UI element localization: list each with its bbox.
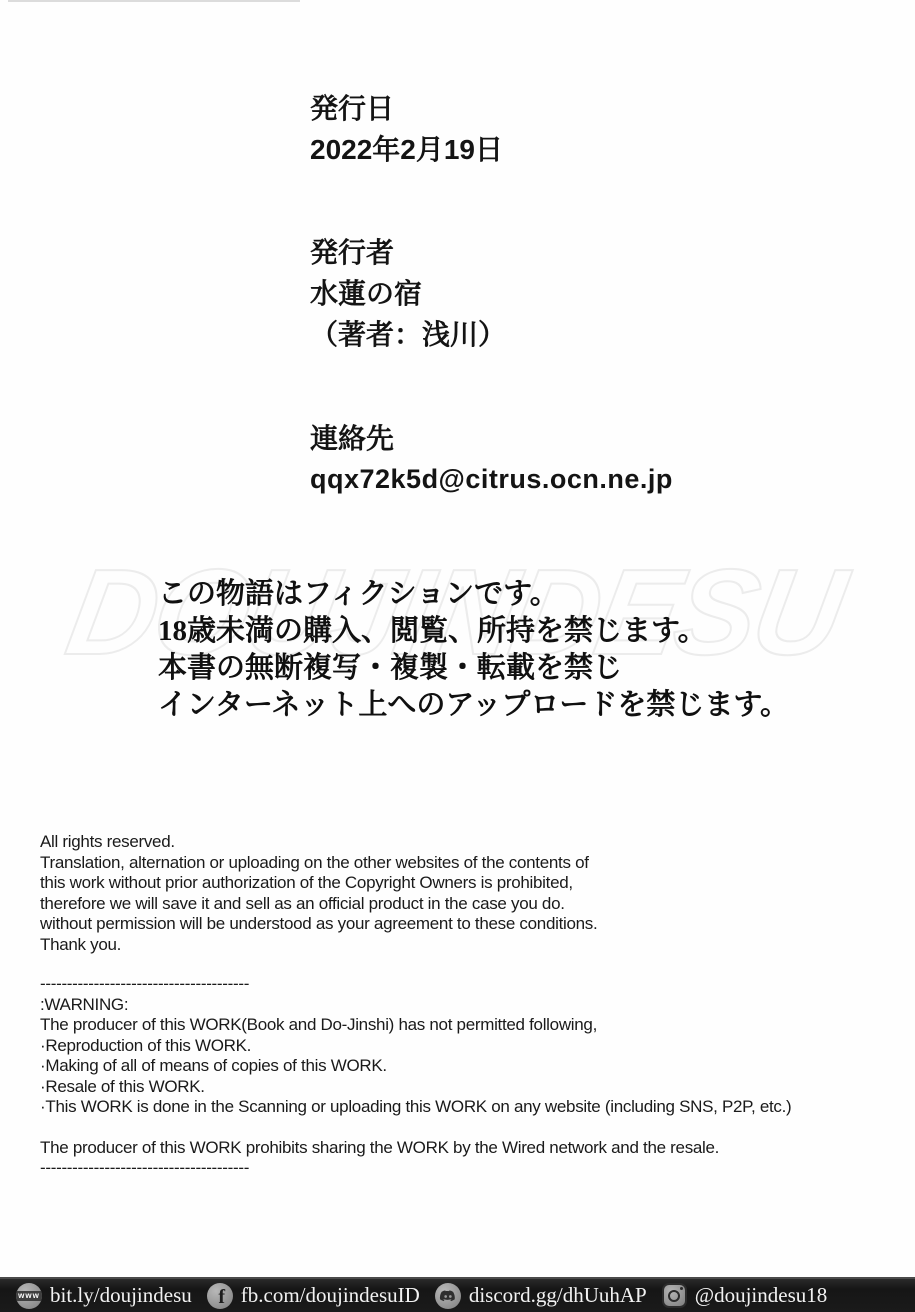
footer-link-label: @doujindesu18 xyxy=(695,1283,828,1308)
globe-www-icon: www xyxy=(16,1283,42,1309)
warning-item: ·This WORK is done in the Scanning or up… xyxy=(40,1097,791,1118)
warning-block: --------------------------------------- … xyxy=(40,974,791,1179)
rights-line: Thank you. xyxy=(40,935,597,956)
fiction-notice-block: この物語はフィクションです。 18歳未満の購入、閲覧、所持を禁じます。 本書の無… xyxy=(158,576,789,724)
publisher-block: 発行者 水蓮の宿 （著者：浅川） xyxy=(310,232,506,355)
publish-date-label: 発行日 xyxy=(310,88,503,129)
warning-divider: --------------------------------------- xyxy=(40,974,791,995)
footer-link-bitly[interactable]: www bit.ly/doujindesu xyxy=(16,1283,192,1309)
warning-divider-end: --------------------------------------- xyxy=(40,1158,791,1179)
footer-link-label: discord.gg/dhUuhAP xyxy=(469,1283,647,1308)
instagram-icon xyxy=(662,1283,687,1308)
contact-block: 連絡先 qqx72k5d@citrus.ocn.ne.jp xyxy=(310,418,673,500)
facebook-icon: f xyxy=(207,1283,233,1309)
warning-intro: The producer of this WORK(Book and Do-Ji… xyxy=(40,1015,791,1036)
footer-link-discord[interactable]: discord.gg/dhUuhAP xyxy=(435,1283,647,1309)
scan-artifact-line xyxy=(8,0,300,2)
rights-notice-block: All rights reserved. Translation, altern… xyxy=(40,832,597,955)
contact-email: qqx72k5d@citrus.ocn.ne.jp xyxy=(310,459,673,500)
footer-link-label: fb.com/doujindesuID xyxy=(241,1283,420,1308)
discord-icon xyxy=(435,1283,461,1309)
publisher-name: 水蓮の宿 xyxy=(310,273,506,314)
contact-label: 連絡先 xyxy=(310,418,673,459)
fiction-notice-line: 本書の無断複写・複製・転載を禁じ xyxy=(158,650,789,687)
footer-link-bar: www bit.ly/doujindesu f fb.com/doujindes… xyxy=(0,1277,915,1312)
warning-closing: The producer of this WORK prohibits shar… xyxy=(40,1138,791,1159)
rights-line: All rights reserved. xyxy=(40,832,597,853)
rights-line: this work without prior authorization of… xyxy=(40,873,597,894)
warning-item: ·Resale of this WORK. xyxy=(40,1077,791,1098)
rights-line: Translation, alternation or uploading on… xyxy=(40,853,597,874)
publish-date-value: 2022年2月19日 xyxy=(310,129,503,170)
publisher-author: （著者：浅川） xyxy=(310,314,506,355)
publish-date-block: 発行日 2022年2月19日 xyxy=(310,88,503,170)
fiction-notice-line: この物語はフィクションです。 xyxy=(158,576,789,613)
warning-title: :WARNING: xyxy=(40,995,791,1016)
warning-item: ·Reproduction of this WORK. xyxy=(40,1036,791,1057)
fiction-notice-line: 18歳未満の購入、閲覧、所持を禁じます。 xyxy=(158,613,789,650)
rights-line: therefore we will save it and sell as an… xyxy=(40,894,597,915)
footer-link-instagram[interactable]: @doujindesu18 xyxy=(662,1283,828,1308)
colophon-page: 発行日 2022年2月19日 発行者 水蓮の宿 （著者：浅川） 連絡先 qqx7… xyxy=(0,0,915,1312)
fiction-notice-line: インターネット上へのアップロードを禁じます。 xyxy=(158,687,789,724)
footer-link-facebook[interactable]: f fb.com/doujindesuID xyxy=(207,1283,420,1309)
publisher-label: 発行者 xyxy=(310,232,506,273)
rights-line: without permission will be understood as… xyxy=(40,914,597,935)
warning-item: ·Making of all of means of copies of thi… xyxy=(40,1056,791,1077)
footer-link-label: bit.ly/doujindesu xyxy=(50,1283,192,1308)
